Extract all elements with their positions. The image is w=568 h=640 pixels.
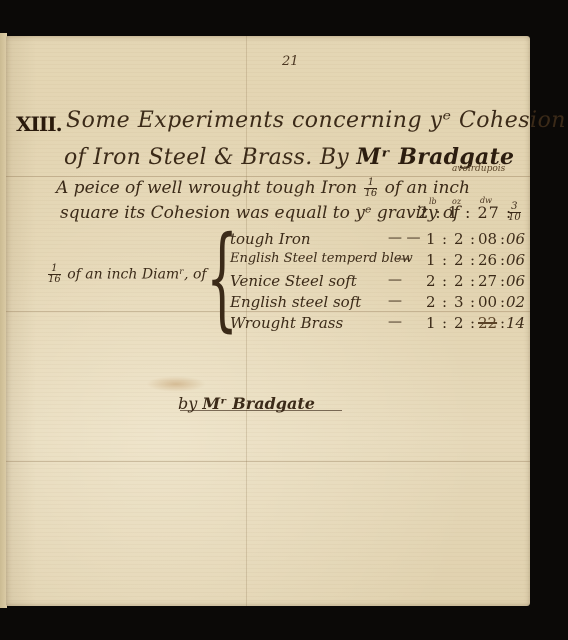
leader-dash: —: [388, 314, 402, 330]
ink-stain: [146, 376, 206, 392]
fold-line: [6, 176, 530, 177]
section-number: XIII.: [16, 112, 62, 136]
leader-dash: —: [388, 272, 402, 288]
diameter-text: of an inch Diamʳ, of: [67, 267, 206, 283]
signature-underline: [180, 410, 342, 411]
separator: :: [500, 314, 505, 332]
title-line-2: of Iron Steel & Brass. By Mʳ Bradgate: [64, 144, 514, 170]
intro-weight-fraction: 3 10: [506, 202, 523, 223]
weight-fraction: 3 10: [508, 202, 521, 223]
leader-dash: —: [388, 293, 402, 309]
fold-line: [6, 461, 530, 462]
weight-oz: 2: [454, 251, 464, 269]
weight-oz: 3: [454, 293, 464, 311]
leader-dash: — —: [388, 230, 420, 246]
separator: :: [470, 314, 475, 332]
separator: :: [470, 293, 475, 311]
weight-lb: 1: [426, 314, 436, 332]
table-row: English Steel temperd blew — 1 : 2 : 26 …: [230, 251, 530, 271]
intro-text-b: of an inch: [385, 178, 470, 198]
intro-fraction: 1 16: [364, 178, 377, 199]
page-number: 21: [282, 54, 299, 69]
separator: :: [500, 272, 505, 290]
table-row: Venice Steel soft — 2 : 2 : 27 : 06: [230, 272, 530, 292]
separator: :: [500, 251, 505, 269]
separator: :: [500, 230, 505, 248]
separator: :: [470, 272, 475, 290]
weight-lb: 2: [426, 293, 436, 311]
diameter-label: 1 16 of an inch Diamʳ, of: [46, 264, 207, 285]
material-name: Wrought Brass: [230, 314, 343, 332]
material-name: tough Iron: [230, 230, 311, 248]
fraction-denominator: 16: [48, 275, 61, 285]
table-row: tough Iron — — 1 : 2 : 08 : 06: [230, 230, 530, 250]
intro-line-2: square its Cohesion was equall to yᵉ gra…: [60, 203, 459, 223]
separator: :: [442, 293, 447, 311]
weight-oz: 2: [454, 230, 464, 248]
table-row: English steel soft — 2 : 3 : 00 : 02: [230, 293, 530, 313]
intro-text-a: A peice of well wrought tough Iron: [56, 178, 357, 198]
weight-gr: 06: [506, 272, 525, 290]
separator: :: [442, 251, 447, 269]
separator: :: [442, 230, 447, 248]
weight-oz: 2: [454, 272, 464, 290]
material-name: English steel soft: [230, 293, 361, 311]
weight-lb: 2: [426, 272, 436, 290]
fraction-denominator: 10: [508, 213, 521, 223]
weight-lb: 1: [426, 230, 436, 248]
weight-oz: 2: [454, 314, 464, 332]
title-line-1: Some Experiments concerning yᵉ Cohesion: [66, 108, 566, 133]
separator: :: [470, 230, 475, 248]
weight-gr: 02: [506, 293, 525, 311]
weight-dw: 26: [478, 251, 497, 269]
weight-dw: 27: [478, 272, 497, 290]
intro-line-1: A peice of well wrought tough Iron 1 16 …: [56, 178, 470, 199]
weight-dw: 00: [478, 293, 497, 311]
table-row: Wrought Brass — 1 : 2 : 22 : 14: [230, 314, 530, 334]
weight-dw: 08: [478, 230, 497, 248]
weight-gr: 14: [506, 314, 525, 332]
weight-dw-struck: 22: [478, 314, 497, 332]
title-prefix: of Iron Steel & Brass. By: [64, 145, 356, 170]
avoirdupois-note: avoirdupois: [452, 164, 505, 174]
separator: :: [500, 293, 505, 311]
weight-lb: 1: [426, 251, 436, 269]
manuscript-scan: 21 XIII. Some Experiments concerning yᵉ …: [0, 0, 568, 640]
separator: :: [470, 251, 475, 269]
diameter-fraction: 1 16: [48, 264, 61, 285]
weight-gr: 06: [506, 251, 525, 269]
separator: :: [442, 314, 447, 332]
separator: :: [442, 272, 447, 290]
fraction-denominator: 16: [364, 189, 377, 199]
intro-weight: 2 : 1 : 27 :: [418, 203, 512, 222]
leader-dash: —: [396, 251, 410, 267]
weight-gr: 06: [506, 230, 525, 248]
material-name: English Steel temperd blew: [230, 251, 413, 266]
material-name: Venice Steel soft: [230, 272, 357, 290]
